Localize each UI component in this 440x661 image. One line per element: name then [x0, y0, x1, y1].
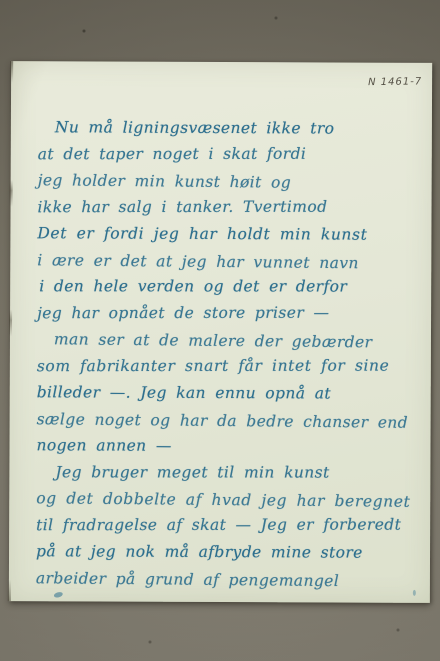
handwritten-line: at det taper noget i skat fordi	[38, 140, 418, 167]
handwritten-line: på at jeg nok må afbryde mine store	[36, 538, 416, 566]
handwritten-line: nogen annen —	[36, 432, 416, 460]
handwritten-line: arbeider på grund af pengemangel	[36, 565, 416, 595]
handwritten-line: sælge noget og har da bedre chanser end	[36, 406, 416, 436]
handwritten-line: i den hele verden og det er derfor	[39, 273, 419, 300]
handwritten-line: Nu må ligningsvæsenet ikke tro	[55, 114, 418, 142]
handwritten-line: billeder —. Jeg kan ennu opnå at	[37, 379, 417, 407]
archive-catalog-number: N 1461-7	[368, 76, 422, 88]
handwritten-line: jeg har opnået de store priser —	[37, 299, 417, 326]
handwritten-line: ikke har salg i tanker. Tvertimod	[38, 193, 418, 220]
handwritten-line: til fradragelse af skat — Jeg er forbere…	[36, 511, 416, 538]
handwritten-line: Jeg bruger meget til min kunst	[55, 459, 418, 486]
ink-smudge	[413, 590, 416, 596]
handwritten-letter-body: Nu må ligningsvæsenet ikke troat det tap…	[36, 114, 418, 593]
photo-background: N 1461-7 Nu må ligningsvæsenet ikke troa…	[0, 0, 440, 661]
letter-paper-sheet: N 1461-7 Nu må ligningsvæsenet ikke troa…	[9, 61, 432, 603]
handwritten-line: Det er fordi jeg har holdt min kunst	[37, 220, 417, 248]
ink-smudge	[53, 591, 63, 598]
handwritten-line: som fabrikanter snart får intet for sine	[37, 352, 417, 379]
